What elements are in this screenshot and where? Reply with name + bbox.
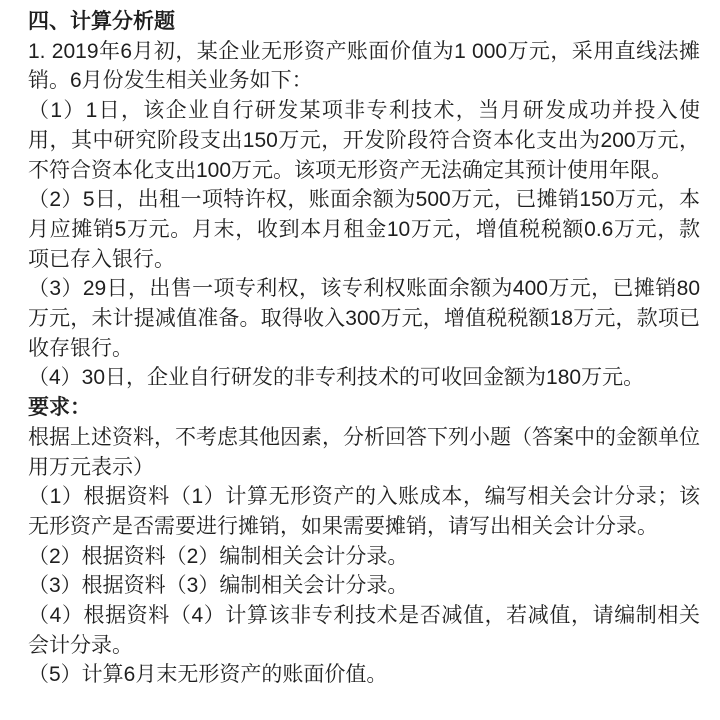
sub-question-4: （4）根据资料（4）计算该非专利技术是否减值，若减值，请编制相关会计分录。 <box>28 601 700 660</box>
exam-question-page: 四、计算分析题 1. 2019年6月初，某企业无形资产账面价值为1 000万元，… <box>0 0 720 690</box>
material-item-3: （3）29日，出售一项专利权，该专利权账面余额为400万元，已摊销80万元，未计… <box>28 274 700 363</box>
sub-question-2: （2）根据资料（2）编制相关会计分录。 <box>28 542 700 572</box>
requirements-label: 要求： <box>28 393 700 423</box>
requirements-intro: 根据上述资料，不考虑其他因素，分析回答下列小题（答案中的金额单位用万元表示） <box>28 423 700 482</box>
question-intro: 1. 2019年6月初，某企业无形资产账面价值为1 000万元，采用直线法摊销。… <box>28 37 700 96</box>
material-item-2: （2）5日，出租一项特许权，账面余额为500万元，已摊销150万元，本月应摊销5… <box>28 185 700 274</box>
material-item-4: （4）30日，企业自行研发的非专利技术的可收回金额为180万元。 <box>28 363 700 393</box>
sub-question-5: （5）计算6月末无形资产的账面价值。 <box>28 660 700 690</box>
section-heading: 四、计算分析题 <box>28 7 700 37</box>
sub-question-3: （3）根据资料（3）编制相关会计分录。 <box>28 571 700 601</box>
sub-question-1: （1）根据资料（1）计算无形资产的入账成本，编写相关会计分录；该无形资产是否需要… <box>28 482 700 541</box>
material-item-1: （1）1日，该企业自行研发某项非专利技术，当月研发成功并投入使用，其中研究阶段支… <box>28 96 700 185</box>
